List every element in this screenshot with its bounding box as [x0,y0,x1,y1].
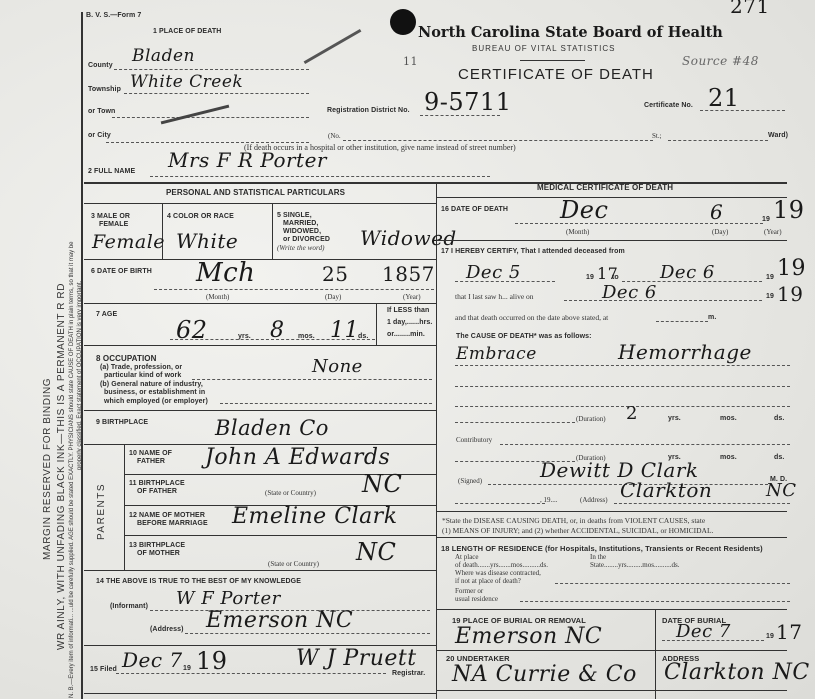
less-than-1: If LESS than [387,305,432,317]
father-label-2: FATHER [129,458,172,466]
attended-to-year: 19 [777,256,806,281]
former-residence-label: Former or usual residence [455,587,498,603]
medical-heading: MEDICAL CERTIFICATE OF DEATH [537,183,673,192]
footnote-1: *State the DISEASE CAUSING DEATH, or, in… [442,516,713,526]
father-value: John A Edwards [205,445,390,470]
marital-label-2: MARRIED, [277,220,330,228]
to-label: to [612,274,619,281]
informant-value: W F Porter [176,588,281,609]
row-rule [436,650,787,651]
race-value: White [176,229,238,253]
city-label: or City [88,132,111,139]
last-saw-text: that I last saw h... alive on [455,292,534,301]
informant-heading: 14 THE ABOVE IS TRUE TO THE BEST OF MY K… [96,578,301,585]
dob-year-caption: (Year) [403,293,421,301]
informant-address-line [185,633,430,634]
certificate-no-label: Certificate No. [644,102,693,109]
row-rule [436,537,787,538]
sex-label-2: FEMALE [99,221,128,228]
form-id: B. V. S.—Form 7 [86,12,141,19]
occupation-label-1: 8 OCCUPATION [96,355,208,364]
certificate-title: CERTIFICATE OF DEATH [458,66,654,83]
last-saw-line [564,300,762,301]
dod-line [515,223,763,224]
cell-divider [655,609,656,699]
father-label-1: 10 NAME OF [129,450,172,458]
contributory-line [500,444,790,445]
sign-date-line [455,503,545,504]
township-label: Township [88,86,121,93]
cause-value-2: Hemorrhage [618,340,752,364]
county-label: County [88,62,113,69]
age-months: 8 [270,318,285,343]
registration-district-label: Registration District No. [327,107,410,114]
ward-line [668,140,768,141]
contracted-2: if not at place of death? [455,577,541,585]
agency-name: North Carolina State Board of Health [418,24,723,41]
registration-district-value: 9-5711 [424,88,511,116]
footnote: *State the DISEASE CAUSING DEATH, or, in… [442,516,713,536]
father-label: 10 NAME OF FATHER [129,450,172,466]
father-bp-label-1: 11 BIRTHPLACE [129,480,185,488]
mother-label-1: 12 NAME OF MOTHER [129,512,208,520]
burial-date: Dec 7 [676,621,731,642]
less-than-2: 1 day,......hrs. [387,317,432,329]
dod-day: 6 [710,200,723,224]
last-saw-value: Dec 6 [602,282,657,303]
row-rule [84,259,436,260]
occupation-label-4: (b) General nature of industry, [96,381,208,390]
registrar-label: Registrar. [392,670,425,677]
cause-line-3 [455,406,790,407]
age-ds-label: ds. [358,333,368,340]
cause-label: The CAUSE OF DEATH* was as follows: [456,333,592,340]
dob-day-caption: (Day) [325,293,341,301]
certify-text: 17 I HEREBY CERTIFY, That I attended dec… [441,248,625,255]
occupation-line-a [192,379,432,380]
father-bp-label-2: OF FATHER [129,488,185,496]
duration-label: (Duration) [576,415,606,423]
margin-ink-note: WR AINLY, WITH UNFADING BLACK INK—THIS I… [56,283,67,650]
certificate-no-value: 21 [708,84,740,112]
marital-label-1: 5 SINGLE, [277,212,330,220]
occupation-label-5: business, or establishment in [96,389,208,398]
contrib-ds: ds. [774,454,784,461]
marital-label: 5 SINGLE, MARRIED, WIDOWED, or DIVORCED … [277,212,330,252]
dod-day-caption: (Day) [712,228,728,236]
margin-binding-note: MARGIN RESERVED FOR BINDING [42,378,53,560]
dob-year: 1857 [382,262,435,286]
duration-line [455,422,575,423]
dod-label: 16 DATE OF DEATH [441,206,508,213]
less-than-3: or........min. [387,329,432,341]
filed-year-prefix: 19 [183,665,191,672]
dob-day: 25 [322,262,348,286]
dod-year: 19 [773,196,805,224]
age-label: 7 AGE [96,311,117,318]
mother-birthplace-label: 13 BIRTHPLACE OF MOTHER [129,542,185,558]
sex-value: Female [92,231,165,253]
street-line [343,140,653,141]
contracted-line [555,583,790,584]
duration-yrs: yrs. [668,415,681,422]
cause-line-1 [455,365,790,366]
attended-from-year-prefix: 19 [586,274,594,281]
cell-divider [272,203,273,259]
father-birthplace-value: NC [362,470,402,498]
marital-value: Widowed [360,226,457,250]
informant-label: (Informant) [110,603,148,610]
dob-month: Mch [196,258,255,288]
less-than-note: If LESS than 1 day,......hrs. or........… [387,305,432,341]
row-rule [84,345,436,346]
marital-label-4: or DIVORCED [277,236,330,244]
row-rule [84,410,436,411]
duration-mos: mos. [720,415,737,422]
signed-label: (Signed) [458,477,482,485]
filed-date: Dec 7 [122,648,183,672]
full-name-label: 2 FULL NAME [88,168,135,175]
former-2: usual residence [455,595,498,603]
parents-label: PARENTS [96,483,107,540]
last-saw-year: 19 [777,282,803,306]
place-of-death-heading: 1 PLACE OF DEATH [153,28,221,35]
last-saw-year-prefix: 19 [766,293,774,300]
strike-mark [304,29,362,64]
age-days: 11 [330,318,359,343]
marital-label-5: (Write the word) [277,244,330,252]
mother-value: Emeline Clark [232,504,398,529]
ward-label: Ward) [768,132,788,139]
contributory-label: Contributory [456,436,492,444]
cause-value-1: Embrace [456,344,537,364]
residence-at-place: At place of death.......yrs.......mos...… [455,553,548,569]
row-rule [84,303,436,304]
center-divider [436,182,437,699]
occurred-text: and that death occurred on the date abov… [455,313,608,322]
physician-address-state: NC [766,480,797,501]
mother-label-2: BEFORE MARRIAGE [129,520,208,528]
filed-label: 15 Filed [90,666,117,673]
race-label: 4 COLOR OR RACE [167,213,234,220]
undertaker-address: Clarkton NC [664,660,810,685]
township-line [124,93,309,94]
row-rule [436,609,787,610]
bureau-name: BUREAU OF VITAL STATISTICS [472,44,616,53]
dod-year-caption: (Year) [764,228,782,236]
row-rule [124,535,436,536]
death-certificate: MARGIN RESERVED FOR BINDING WR AINLY, WI… [0,0,815,699]
age-mos-label: mos. [298,333,315,340]
residence-state: In the State........yrs.........mos.....… [590,553,679,569]
duration-ds: ds. [774,415,784,422]
row-rule [84,570,436,571]
town-line [112,117,309,118]
res-at-place-1: At place [455,553,548,561]
row-rule [436,511,787,512]
row-rule [84,693,436,694]
sign-date-19: , 19.... [540,496,558,504]
row-rule [436,197,787,198]
burial-year: 17 [776,620,802,644]
mother-label: 12 NAME OF MOTHER BEFORE MARRIAGE [129,512,208,528]
informant-address-value: Emerson NC [206,608,353,633]
attended-to: Dec 6 [660,262,715,283]
frame-left-border [81,12,83,699]
marital-label-3: WIDOWED, [277,228,330,236]
registrar-signature: W J Pruett [296,646,417,671]
attended-to-year-prefix: 19 [766,274,774,281]
page-number: 271 [730,0,770,18]
age-years: 62 [176,316,208,344]
township-value: White Creek [130,72,243,92]
residence-heading: 18 LENGTH OF RESIDENCE (for Hospitals, I… [441,544,763,553]
cell-divider [376,303,377,345]
occupation-line-b [220,403,432,404]
source-note: Source #48 [682,54,759,68]
contrib-mos: mos. [720,454,737,461]
res-state-1: In the [590,553,679,561]
personal-heading: PERSONAL AND STATISTICAL PARTICULARS [166,188,345,197]
street-no-label: (No. [328,132,341,140]
dob-label: 6 DATE OF BIRTH [91,268,152,275]
burial-value: Emerson NC [455,624,602,649]
former-line [520,601,790,602]
dob-line [154,289,434,290]
county-line [114,69,309,70]
dob-month-caption: (Month) [206,293,229,301]
m-label: m. [708,314,716,321]
res-at-place-2: of death.......yrs.......mos..........ds… [455,561,548,569]
informant-address-label: (Address) [150,626,184,633]
undertaker-value: NA Currie & Co [452,662,637,687]
occupation-value: None [312,356,363,377]
occupation-label-2: (a) Trade, profession, or [96,364,208,373]
seal-icon [390,9,416,35]
county-value: Bladen [132,46,195,66]
physician-address-line [614,503,790,504]
birthplace-label: 9 BIRTHPLACE [96,419,148,426]
contracted-label: Where was disease contracted, if not at … [455,569,541,585]
attended-from: Dec 5 [466,262,521,283]
father-state-caption: (State or Country) [265,489,316,497]
parents-divider [124,444,125,570]
contracted-1: Where was disease contracted, [455,569,541,577]
physician-address-label: (Address) [580,496,608,504]
dod-month-caption: (Month) [566,228,589,236]
birthplace-value: Bladen Co [215,416,329,440]
mother-bp-label-2: OF MOTHER [129,550,185,558]
row-rule [436,690,787,691]
occupation-label: 8 OCCUPATION (a) Trade, profession, or p… [96,355,208,406]
full-name-value: Mrs F R Porter [168,148,327,172]
father-birthplace-label: 11 BIRTHPLACE OF FATHER [129,480,185,496]
dod-month: Dec [560,196,608,224]
mother-bp-label-1: 13 BIRTHPLACE [129,542,185,550]
duration-years: 2 [626,403,638,424]
former-1: Former or [455,587,498,595]
footnote-2: (1) MEANS OF INJURY; and (2) whether ACC… [442,526,713,536]
row-rule [84,203,436,204]
stray-mark: 11 [403,55,418,68]
full-name-line [150,176,490,177]
sex-label: 3 MALE OR [91,213,130,220]
strike-mark [161,105,230,125]
st-label: St.; [652,132,662,140]
title-rule [520,60,585,61]
town-label: or Town [88,108,115,115]
age-yrs-label: yrs. [238,333,251,340]
filed-year: 19 [196,647,228,675]
physician-address: Clarkton [620,478,712,502]
occurred-time-line [656,321,708,322]
mother-state-caption: (State or Country) [268,560,319,568]
row-rule [436,240,787,241]
dod-year-prefix: 19 [762,216,770,223]
cause-line-2 [455,386,790,387]
res-state-2: State........yrs.........mos..........ds… [590,561,679,569]
occupation-label-6: which employed (or employer) [96,398,208,407]
mother-birthplace-value: NC [356,538,396,566]
burial-year-prefix: 19 [766,633,774,640]
filed-line [116,673,386,674]
margin-nb-note: N. B.—Every item of informati... ...uld … [69,241,75,698]
